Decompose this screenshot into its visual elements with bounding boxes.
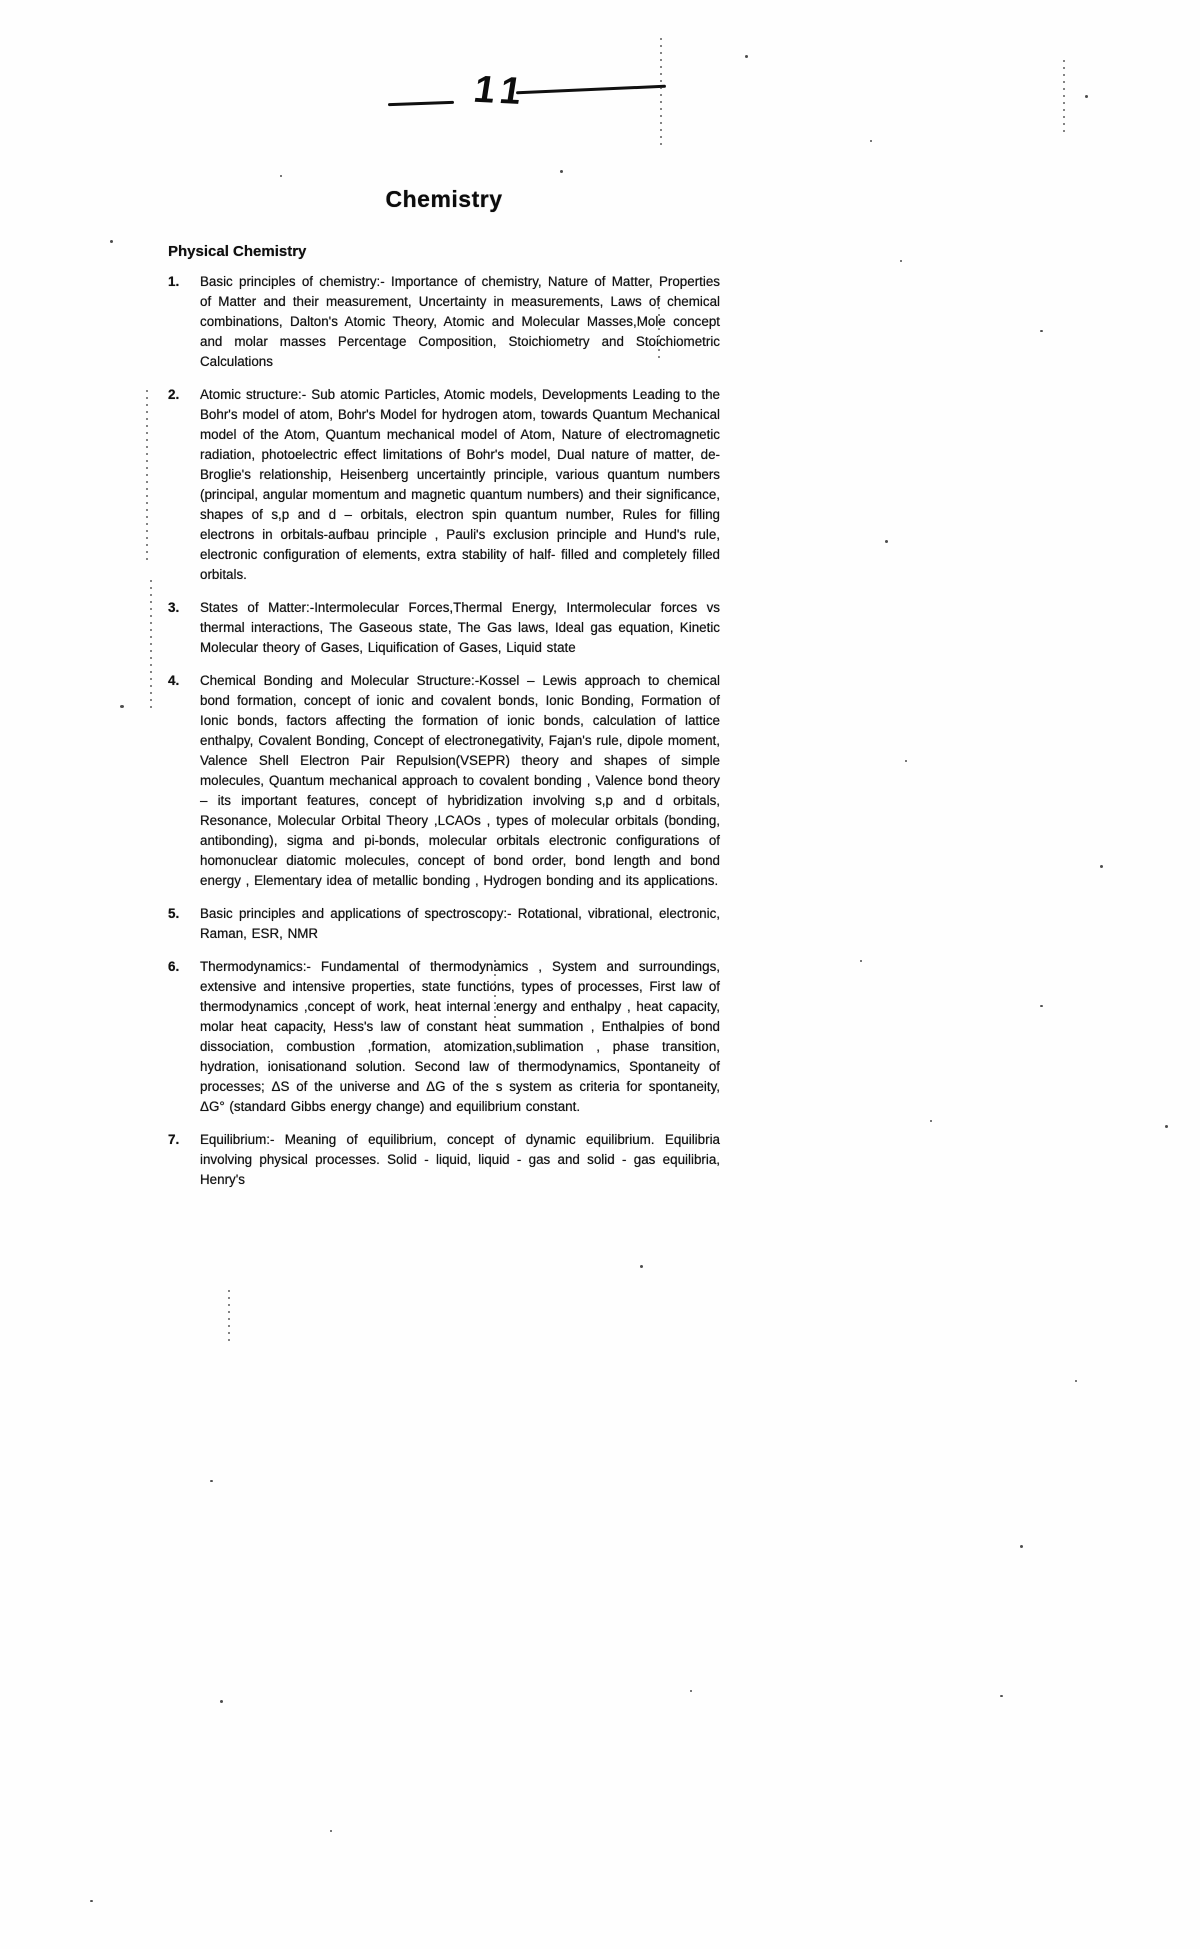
scanned-page: 11 Chemistry Physical Chemistry 1. Basic… [0, 0, 1200, 1949]
scan-speck [1100, 865, 1103, 868]
item-number: 3. [168, 598, 200, 618]
item-text: States of Matter:-Intermolecular Forces,… [200, 598, 720, 658]
scan-speck [1000, 1695, 1003, 1697]
scan-speck [900, 260, 902, 262]
scan-speck [90, 1900, 93, 1902]
scan-speck [1075, 1380, 1077, 1382]
item-text: Thermodynamics:- Fundamental of thermody… [200, 957, 720, 1117]
scan-speck [1020, 1545, 1023, 1548]
item-text: Chemical Bonding and Molecular Structure… [200, 671, 720, 891]
item-text: Equilibrium:- Meaning of equilibrium, co… [200, 1130, 720, 1190]
item-text: Atomic structure:- Sub atomic Particles,… [200, 385, 720, 585]
scan-speck [220, 1700, 223, 1703]
syllabus-item-3: 3. States of Matter:-Intermolecular Forc… [168, 598, 720, 658]
scan-speck [640, 1265, 643, 1268]
page-number-row: 11 [388, 72, 628, 122]
scan-noise-dots [146, 390, 148, 560]
scan-speck [885, 540, 888, 543]
item-number: 2. [168, 385, 200, 405]
item-number: 5. [168, 904, 200, 924]
scan-speck [745, 55, 748, 58]
scan-speck [860, 960, 862, 962]
scan-speck [930, 1120, 932, 1122]
scan-speck [905, 760, 907, 762]
scan-noise-dots [228, 1290, 230, 1345]
scan-speck [1040, 1005, 1043, 1007]
item-number: 7. [168, 1130, 200, 1150]
item-number: 6. [168, 957, 200, 977]
scan-speck [110, 240, 113, 243]
scan-speck [1085, 95, 1088, 98]
syllabus-item-2: 2. Atomic structure:- Sub atomic Particl… [168, 385, 720, 585]
scan-noise-dots [660, 38, 662, 148]
page-title: Chemistry [168, 186, 720, 213]
syllabus-list: 1. Basic principles of chemistry:- Impor… [168, 272, 720, 1190]
item-text: Basic principles of chemistry:- Importan… [200, 272, 720, 372]
scan-speck [210, 1480, 213, 1482]
scan-speck [120, 705, 124, 708]
handwritten-dash-right [516, 85, 666, 95]
item-text: Basic principles and applications of spe… [200, 904, 720, 944]
handwritten-dash-left [388, 101, 454, 106]
scan-speck [690, 1690, 692, 1692]
scan-noise-dots [150, 580, 152, 710]
scan-speck [1040, 330, 1043, 332]
scan-noise-dots [1063, 60, 1065, 135]
scan-speck [870, 140, 872, 142]
syllabus-item-6: 6. Thermodynamics:- Fundamental of therm… [168, 957, 720, 1117]
scan-speck [1165, 1125, 1168, 1128]
item-number: 1. [168, 272, 200, 292]
scan-speck [560, 170, 563, 173]
syllabus-item-5: 5. Basic principles and applications of … [168, 904, 720, 944]
section-heading: Physical Chemistry [168, 243, 720, 260]
syllabus-item-7: 7. Equilibrium:- Meaning of equilibrium,… [168, 1130, 720, 1190]
syllabus-item-1: 1. Basic principles of chemistry:- Impor… [168, 272, 720, 372]
document-content: Chemistry Physical Chemistry 1. Basic pr… [168, 186, 720, 1203]
scan-speck [280, 175, 282, 177]
item-number: 4. [168, 671, 200, 691]
syllabus-item-4: 4. Chemical Bonding and Molecular Struct… [168, 671, 720, 891]
scan-noise-dots [494, 960, 496, 1020]
scan-speck [330, 1830, 332, 1832]
scan-noise-dots [658, 300, 660, 360]
